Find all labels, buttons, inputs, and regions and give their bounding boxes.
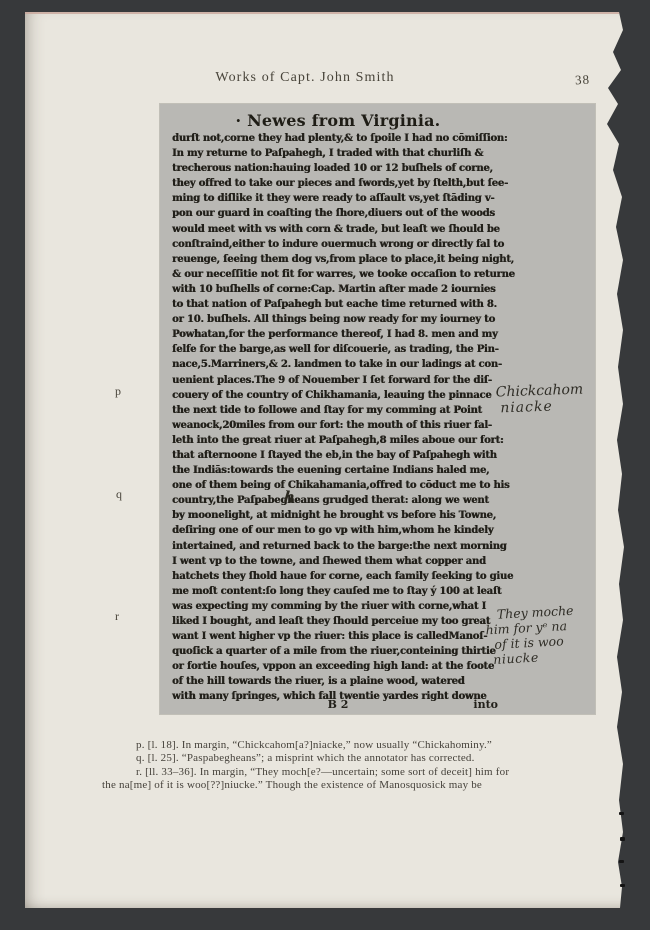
facsimile-line: pon our guard in coaſting the ſhore,diue… <box>172 206 512 221</box>
book-page-scan: Works of Capt. John Smith 38 p q r · New… <box>25 12 625 908</box>
editorial-footnotes: p. [l. 18]. In margin, “Chickcahom[a?]ni… <box>102 739 614 793</box>
facsimile-line: weanock,20miles from our fort: the mouth… <box>172 418 512 433</box>
facsimile-line: would meet with vs with corn & trade, bu… <box>172 222 512 237</box>
signature-mark: B 2 <box>172 698 504 711</box>
facsimile-line: intertained, and returned back to the ba… <box>172 539 512 554</box>
annotation-line: Chickcahom <box>495 381 583 400</box>
margin-letter-r: r <box>115 609 119 624</box>
facsimile-line: or 10. buſhels. All things being now rea… <box>172 312 512 327</box>
facsimile-line: reuenge, ſeeing them dog vs,from place t… <box>172 252 512 267</box>
facsimile-line: hatchets they ſhold haue for corne, each… <box>172 569 512 584</box>
running-head: Works of Capt. John Smith <box>25 70 585 86</box>
annotation-line: niacke <box>500 397 584 416</box>
facsimile-line: they offred to take our pieces and ſword… <box>172 176 512 191</box>
facsimile-line: to that nation of Paſpahegh but eache ti… <box>172 297 512 312</box>
handwritten-annotation-manosquosick: They moche him for yᵉ na of it is woo ni… <box>484 603 576 668</box>
facsimile-newes-from-virginia: · Newes from Virginia. durſt not,corne t… <box>160 104 595 714</box>
facsimile-title: · Newes from Virginia. <box>172 111 504 130</box>
photo-background: Works of Capt. John Smith 38 p q r · New… <box>0 0 650 930</box>
facsimile-line: that afternoone I ſtayed the eb,in the b… <box>172 448 512 463</box>
facsimile-line: Powhatan,for the performance thereof, I … <box>172 327 512 342</box>
facsimile-line: by moonelight, at midnight he brought vs… <box>172 508 512 523</box>
margin-letter-p: p <box>115 384 121 399</box>
facsimile-line: I went vp to the towne, and ſhewed them … <box>172 554 512 569</box>
facsimile-line: the Indiās:towards the euening certaine … <box>172 463 512 478</box>
facsimile-line: of the hill towards the riuer, is a plai… <box>172 674 512 689</box>
catchword: into <box>473 698 498 711</box>
facsimile-line: one of them being of Chikahamania,offred… <box>172 478 512 493</box>
binding-stitch-mark <box>619 812 624 815</box>
facsimile-line: In my returne to Paſpahegh, I traded wit… <box>172 146 512 161</box>
facsimile-line: was expecting my comming by the riuer wi… <box>172 599 512 614</box>
facsimile-line: durſt not,corne they had plenty,& to ſpo… <box>172 131 512 146</box>
facsimile-line: leth into the great riuer at Paſpahegh,8… <box>172 433 512 448</box>
footnote-line: the na[me] of it is woo[??]niucke.” Thou… <box>102 779 614 792</box>
annotator-correction-mark: h <box>283 487 296 506</box>
facsimile-line: deſiring one of our men to go vp with hi… <box>172 523 512 538</box>
facsimile-line: trecherous nation:hauing loaded 10 or 12… <box>172 161 512 176</box>
annotation-line: niucke <box>493 648 576 667</box>
facsimile-line: nace,5.Marriners,& 2. landmen to take in… <box>172 357 512 372</box>
facsimile-line: liked I bought, and leaſt they ſhould pe… <box>172 614 512 629</box>
binding-stitch-mark <box>620 884 625 887</box>
margin-letter-q: q <box>116 487 122 502</box>
binding-stitch-mark <box>619 860 624 863</box>
facsimile-line: with 10 buſhells of corne:Cap. Martin af… <box>172 282 512 297</box>
facsimile-line: want I went higher vp the riuer: this pl… <box>172 629 512 644</box>
facsimile-line: uenient places.The 9 of Nouember I ſet f… <box>172 373 512 388</box>
page-number: 38 <box>575 72 591 89</box>
facsimile-line: couery of the country of Chikhamania, le… <box>172 388 512 403</box>
facsimile-text-column: durſt not,corne they had plenty,& to ſpo… <box>172 131 512 705</box>
footnote-line: p. [l. 18]. In margin, “Chickcahom[a?]ni… <box>102 739 614 752</box>
facsimile-line: ming to diſlike it they were ready to aſ… <box>172 191 512 206</box>
facsimile-line: the next tide to followe and ſtay for my… <box>172 403 512 418</box>
facsimile-line: country,the Paſpabegheans grudged therat… <box>172 493 512 508</box>
binding-stitch-mark <box>620 837 625 841</box>
footnote-line: r. [ll. 33–36]. In margin, “They moch[e?… <box>102 766 614 779</box>
facsimile-line: or fortie houſes, vppon an exceeding hig… <box>172 659 512 674</box>
facsimile-line: ſelfe for the barge,as well for diſcouer… <box>172 342 512 357</box>
facsimile-line: conſtraind,either to indure ouermuch wro… <box>172 237 512 252</box>
facsimile-signature-row: B 2 into <box>172 698 504 712</box>
facsimile-line: quoſick a quarter of a mile from the riu… <box>172 644 512 659</box>
facsimile-line: me moſt content:ſo long they cauſed me t… <box>172 584 512 599</box>
facsimile-line: & our neceſſitie not fit for warres, we … <box>172 267 512 282</box>
handwritten-annotation-chickcahominy: Chickcahom niacke <box>495 381 584 416</box>
footnote-line: q. [l. 25]. “Paspabegheans”; a misprint … <box>102 752 614 765</box>
